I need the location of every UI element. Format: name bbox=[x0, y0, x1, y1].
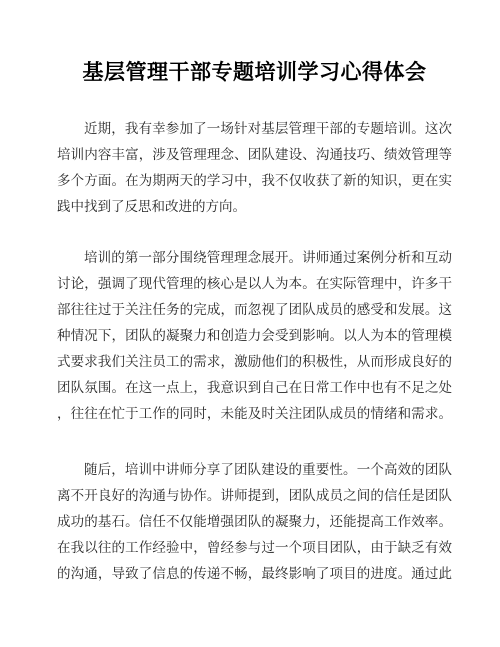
paragraph-team-building: 随后，培训中讲师分享了团队建设的重要性。一个高效的团队 离不开良好的沟通与协作。… bbox=[57, 457, 452, 587]
document-title: 基层管理干部专题培训学习心得体会 bbox=[57, 60, 452, 85]
text-line: ，往往在忙于工作的同时，未能及时关注团队成员的情绪和需求。 bbox=[57, 401, 452, 427]
text-line: 培训的第一部分围绕管理理念展开。讲师通过案例分析和互动 bbox=[57, 245, 452, 271]
paragraph-management-concept: 培训的第一部分围绕管理理念展开。讲师通过案例分析和互动 讨论，强调了现代管理的核… bbox=[57, 245, 452, 427]
text-line: 践中找到了反思和改进的方向。 bbox=[57, 194, 452, 220]
text-line: 团队氛围。在这一点上，我意识到自己在日常工作中也有不足之处 bbox=[57, 375, 452, 401]
text-line: 随后，培训中讲师分享了团队建设的重要性。一个高效的团队 bbox=[57, 457, 452, 483]
text-line: 式要求我们关注员工的需求，激励他们的积极性，从而形成良好的 bbox=[57, 349, 452, 375]
text-line: 培训内容丰富，涉及管理理念、团队建设、沟通技巧、绩效管理等 bbox=[57, 142, 452, 168]
text-line: 讨论，强调了现代管理的核心是以人为本。在实际管理中，许多干 bbox=[57, 271, 452, 297]
paragraph-intro: 近期，我有幸参加了一场针对基层管理干部的专题培训。这次 培训内容丰富，涉及管理理… bbox=[57, 116, 452, 220]
text-line: 种情况下，团队的凝聚力和创造力会受到影响。以人为本的管理模 bbox=[57, 323, 452, 349]
text-line: 近期，我有幸参加了一场针对基层管理干部的专题培训。这次 bbox=[57, 116, 452, 142]
text-line: 离不开良好的沟通与协作。讲师提到，团队成员之间的信任是团队 bbox=[57, 483, 452, 509]
text-line: 部往往过于关注任务的完成，而忽视了团队成员的感受和发展。这 bbox=[57, 297, 452, 323]
text-line: 在我以往的工作经验中，曾经参与过一个项目团队，由于缺乏有效 bbox=[57, 535, 452, 561]
text-line: 多个方面。在为期两天的学习中，我不仅收获了新的知识，更在实 bbox=[57, 168, 452, 194]
text-line: 的沟通，导致了信息的传递不畅，最终影响了项目的进度。通过此 bbox=[57, 561, 452, 587]
text-line: 成功的基石。信任不仅能增强团队的凝聚力，还能提高工作效率。 bbox=[57, 509, 452, 535]
document-page: 基层管理干部专题培训学习心得体会 近期，我有幸参加了一场针对基层管理干部的专题培… bbox=[0, 0, 500, 647]
